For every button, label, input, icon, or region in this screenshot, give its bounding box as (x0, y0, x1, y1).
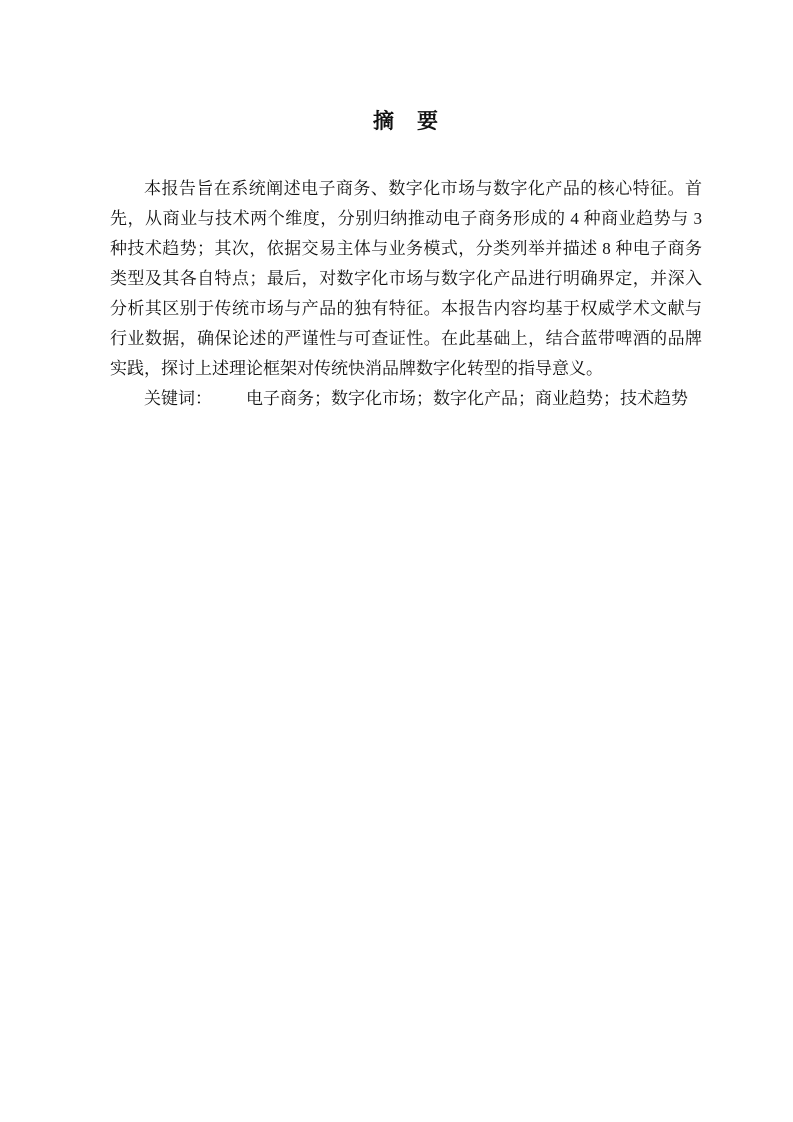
abstract-paragraph: 本报告旨在系统阐述电子商务、数字化市场与数字化产品的核心特征。首先，从商业与技术… (110, 174, 702, 384)
abstract-title: 摘 要 (110, 108, 702, 134)
document-page: 摘 要 本报告旨在系统阐述电子商务、数字化市场与数字化产品的核心特征。首先，从商… (0, 0, 793, 1122)
keywords-line: 关键词：电子商务；数字化市场；数字化产品；商业趋势；技术趋势 (110, 384, 702, 414)
keywords-label: 关键词： (144, 389, 212, 408)
keywords-text: 电子商务；数字化市场；数字化产品；商业趋势；技术趋势 (246, 389, 688, 408)
abstract-section: 摘 要 本报告旨在系统阐述电子商务、数字化市场与数字化产品的核心特征。首先，从商… (0, 0, 793, 414)
